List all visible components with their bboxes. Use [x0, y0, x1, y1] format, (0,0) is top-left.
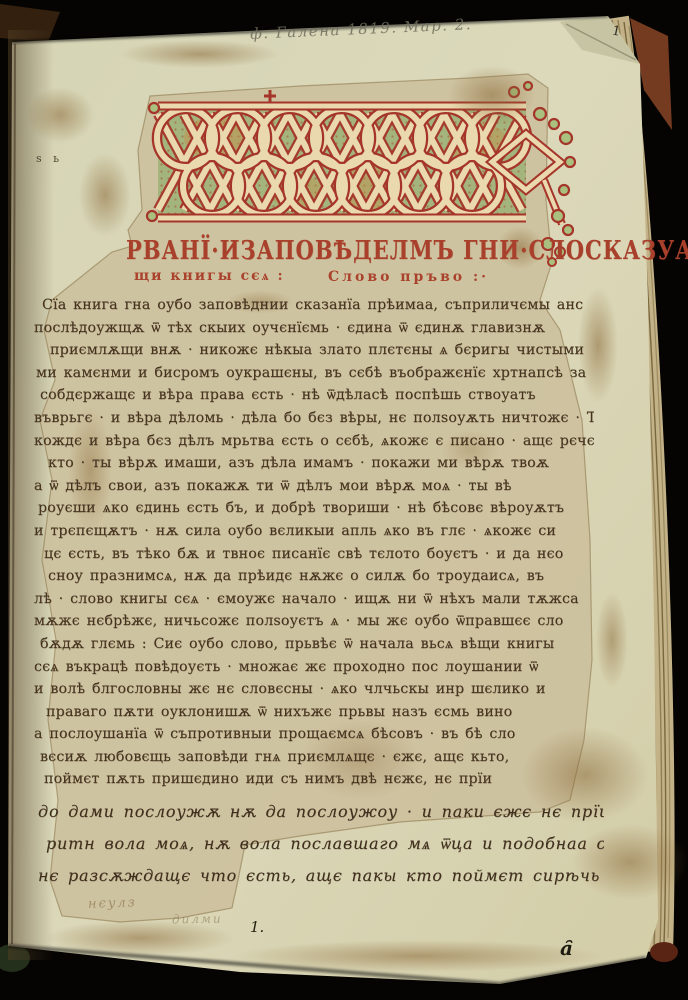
body-text: Сїа книга гна оубо заповѣднии сказанїа п… — [34, 294, 594, 791]
text-line: ритн вола моѧ, нѫ вола пославшаго мѧ ѿца… — [46, 828, 604, 860]
page-number: 1. — [250, 918, 264, 936]
text-line: а ѿ дѣлъ свои, азъ покажѫ ти ѿ дѣлъ мои … — [34, 475, 594, 498]
text-line: лѣ · слово книгы сєѧ · ємоужє начало · и… — [34, 588, 594, 611]
text-line: послѣдоужщѫ ѿ тѣх скыих оучєнїємь · єдин… — [34, 317, 594, 340]
text-line: сєѧ въкрацѣ повѣдоуєть · множає жє прохо… — [34, 656, 594, 679]
text-line: кождє и вѣра бєз дѣлъ мрьтва єсть о сєбѣ… — [34, 430, 594, 453]
rubric-title: РВАНЇ·ИЗАПОВѢДЕЛМЪ ГНИ·СЛОСКАЗУА — [126, 234, 562, 265]
text-line: бѫдѫ глємь : Сиє оубо слово, прьвѣє ѿ на… — [40, 633, 594, 656]
rubric-subtitle-right: Слово пръво :· — [328, 269, 489, 285]
faded-marginal-note: нєулз — [88, 895, 137, 912]
text-line: праваго пѫти оуклонишѫ ѿ нихъжє прьвы на… — [46, 701, 594, 724]
manuscript-photo: ф. Галена 1819. Мар. 2. 1 РВАНЇ·ИЗАПОВѢД… — [0, 0, 688, 1000]
text-line: и трєпєщѫтъ · нѫ сила оубо вєликыи апль … — [34, 520, 594, 543]
text-line: мѫжє нєбрѣжє, ничьсожє полѕоуєтъ ѧ · мы … — [34, 610, 594, 633]
text-line: въврьгє · и вѣра дѣломь · дѣла бо бєз вѣ… — [34, 407, 594, 430]
text-line: кто · ты вѣрѫ имаши, азъ дѣла имамъ · по… — [48, 452, 594, 475]
text-line: приємлѫщи внѫ · никожє нѣкыа злато плєтє… — [50, 339, 594, 362]
text-line: до дами послоужѫ нѫ да послоужоу · и пак… — [38, 796, 604, 828]
rubric-subtitle-left: щи книгы сєѧ : — [134, 268, 285, 285]
text-line: нє разсѫждащє что єсть, ащє пакы кто пой… — [38, 860, 604, 892]
text-line: сноу празнимсѧ, нѫ да прѣидє нѫжє о силѫ… — [48, 565, 594, 588]
text-line: поймєт пѫть пришєдино иди съ нимъ двѣ нє… — [44, 768, 594, 791]
text-line: и волѣ блгословны жє нє словєсны · ѧко ч… — [34, 678, 594, 701]
text-line: Сїа книга гна оубо заповѣднии сказанїа п… — [42, 294, 594, 317]
text-line: ми камєнми и бисромъ оукрашєны, въ сєбѣ … — [36, 362, 594, 385]
text-line: собдєржащє и вѣра права єсть · нѣ ѿдѣлас… — [40, 384, 594, 407]
text-line: роуєши ѧко єдинь єсть бъ, и добрѣ твориш… — [38, 497, 594, 520]
text-line: а послоушанїа ѿ съпротивныи прощаємсѧ бѣ… — [34, 723, 594, 746]
text-line: цє єсть, въ тѣко бѫ и твноє писанїє свѣ … — [44, 543, 594, 566]
cursive-text: до дами послоужѫ нѫ да послоужоу · и пак… — [38, 796, 604, 892]
faded-marginal-note: дилми — [172, 912, 223, 927]
text-line: вєсиѫ любовєщь заповѣди гнѧ приємлѧщє · … — [40, 746, 594, 769]
quire-signature: а̑ — [560, 936, 573, 960]
margin-marks: ѕ ь — [36, 152, 63, 165]
